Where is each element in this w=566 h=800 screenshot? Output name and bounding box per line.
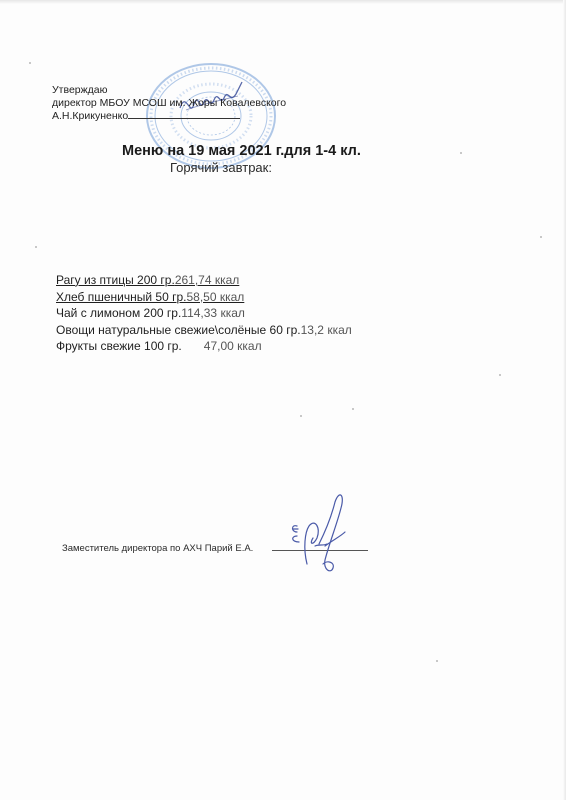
scan-speck	[436, 660, 438, 662]
scan-speck	[352, 408, 354, 410]
scan-speck	[300, 415, 302, 417]
menu-item-kcal: 114,33 ккал	[181, 306, 245, 320]
menu-item: Чай с лимоном 200 гр.114,33 ккал	[56, 305, 352, 322]
approval-position: директор МБОУ МСОШ им. Жоры Ковалевского	[52, 97, 286, 110]
meal-subtitle: Горячий завтрак:	[170, 160, 272, 175]
menu-item: Рагу из птицы 200 гр.261,74 ккал	[56, 272, 352, 289]
menu-item-name: Чай с лимоном 200 гр.	[56, 306, 181, 320]
scan-edge-top	[0, 0, 566, 4]
scan-speck	[460, 152, 462, 154]
approval-signer-name: А.Н.Крикуненко	[52, 110, 128, 122]
page-title: Меню на 19 мая 2021 г.для 1-4 кл.	[122, 143, 361, 159]
menu-item-kcal: 261,74 ккал	[175, 273, 239, 287]
signature-line	[128, 109, 240, 119]
menu-item-kcal: 47,00 ккал	[204, 339, 262, 353]
menu-item: Овощи натуральные свежие\солёные 60 гр.1…	[56, 322, 352, 339]
approval-heading: Утверждаю	[52, 84, 286, 97]
menu-item: Фрукты свежие 100 гр.47,00 ккал	[56, 338, 352, 355]
menu-item-name: Рагу из птицы 200 гр.	[56, 273, 175, 287]
menu-item-name: Овощи натуральные свежие\солёные 60 гр.	[56, 323, 301, 337]
scan-speck	[540, 236, 542, 238]
scan-speck	[35, 246, 37, 248]
approval-signer: А.Н.Крикуненко	[52, 109, 286, 123]
approval-block: Утверждаю директор МБОУ МСОШ им. Жоры Ко…	[52, 84, 286, 123]
menu-item-name: Фрукты свежие 100 гр.	[56, 339, 182, 353]
scan-speck	[499, 374, 501, 376]
deputy-signer-label: Заместитель директора по АХЧ Парий Е.А.	[62, 543, 253, 554]
menu-item-name: Хлеб пшеничный 50 гр.	[56, 290, 187, 304]
scan-speck	[29, 62, 31, 64]
document-page: Утверждаю директор МБОУ МСОШ им. Жоры Ко…	[0, 0, 566, 800]
menu-item-kcal: 13,2 ккал	[301, 323, 352, 337]
menu-item-kcal: 58,50 ккал	[187, 290, 245, 304]
signature-icon	[285, 488, 365, 580]
menu-list: Рагу из птицы 200 гр.261,74 ккал Хлеб пш…	[56, 272, 352, 355]
menu-item: Хлеб пшеничный 50 гр.58,50 ккал	[56, 289, 352, 306]
